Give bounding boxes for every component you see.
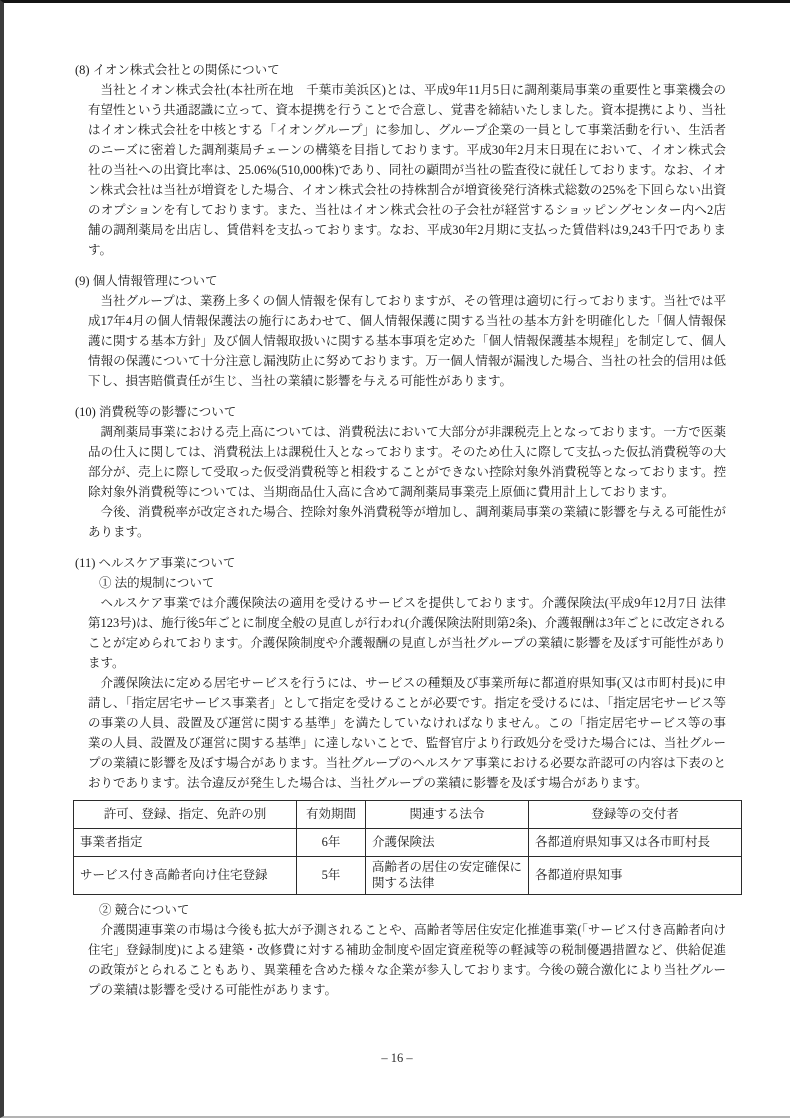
section-9: (9) 個人情報管理について 当社グループは、業務上多くの個人情報を保有しており… bbox=[75, 271, 726, 391]
table-cell-issuer: 各都道府県知事 bbox=[529, 857, 742, 895]
section-8-paragraph: 当社とイオン株式会社(本社所在地 千葉市美浜区)とは、平成9年11月5日に調剤薬… bbox=[88, 80, 726, 260]
section-8: (8) イオン株式会社との関係について 当社とイオン株式会社(本社所在地 千葉市… bbox=[75, 60, 726, 260]
subsection-competition: ② 競合について 介護関連事業の市場は今後も拡大が予測されることや、高齢者等居住… bbox=[75, 900, 726, 1000]
license-table-header-law: 関連する法令 bbox=[366, 801, 529, 829]
license-table-header-period: 有効期間 bbox=[297, 801, 366, 829]
section-10-paragraph-2: 今後、消費税率が改定された場合、控除対象外消費税等が増加し、調剤薬局事業の業績に… bbox=[88, 502, 726, 542]
subsection-1-heading: ① 法的規制について bbox=[99, 573, 726, 593]
license-table: 許可、登録、指定、免許の別 有効期間 関連する法令 登録等の交付者 事業者指定 … bbox=[73, 800, 742, 895]
section-10-paragraph-1: 調剤薬局事業における売上高については、消費税法において大部分が非課税売上となって… bbox=[88, 422, 726, 502]
subsection-2-heading: ② 競合について bbox=[99, 900, 726, 920]
table-row: サービス付き高齢者向け住宅登録 5年 高齢者の居住の安定確保に関する法律 各都道… bbox=[74, 857, 742, 895]
section-10: (10) 消費税等の影響について 調剤薬局事業における売上高については、消費税法… bbox=[75, 402, 726, 542]
table-cell-kind: サービス付き高齢者向け住宅登録 bbox=[74, 857, 297, 895]
subsection-2-paragraph: 介護関連事業の市場は今後も拡大が予測されることや、高齢者等居住安定化推進事業(「… bbox=[88, 920, 726, 1000]
section-11-heading: (11) ヘルスケア事業について bbox=[75, 553, 726, 573]
table-cell-period: 5年 bbox=[297, 857, 366, 895]
table-cell-period: 6年 bbox=[297, 829, 366, 857]
subsection-1-paragraph-1: ヘルスケア事業では介護保険法の適用を受けるサービスを提供しております。介護保険法… bbox=[88, 593, 726, 673]
table-row: 事業者指定 6年 介護保険法 各都道府県知事又は各市町村長 bbox=[74, 829, 742, 857]
table-cell-law: 高齢者の居住の安定確保に関する法律 bbox=[366, 857, 529, 895]
section-9-heading: (9) 個人情報管理について bbox=[75, 271, 726, 291]
license-table-header-row: 許可、登録、指定、免許の別 有効期間 関連する法令 登録等の交付者 bbox=[74, 801, 742, 829]
section-9-paragraph: 当社グループは、業務上多くの個人情報を保有しておりますが、その管理は適切に行って… bbox=[88, 291, 726, 391]
page-number: – 16 – bbox=[381, 1051, 412, 1065]
license-table-header-kind: 許可、登録、指定、免許の別 bbox=[74, 801, 297, 829]
table-cell-issuer: 各都道府県知事又は各市町村長 bbox=[529, 829, 742, 857]
section-10-heading: (10) 消費税等の影響について bbox=[75, 402, 726, 422]
section-11: (11) ヘルスケア事業について ① 法的規制について ヘルスケア事業では介護保… bbox=[75, 553, 726, 1000]
subsection-legal-regulation: ① 法的規制について ヘルスケア事業では介護保険法の適用を受けるサービスを提供し… bbox=[75, 573, 726, 895]
section-8-heading: (8) イオン株式会社との関係について bbox=[75, 60, 726, 80]
table-cell-law: 介護保険法 bbox=[366, 829, 529, 857]
document-page: (8) イオン株式会社との関係について 当社とイオン株式会社(本社所在地 千葉市… bbox=[0, 0, 790, 1118]
subsection-1-paragraph-2: 介護保険法に定める居宅サービスを行うには、サービスの種類及び事業所毎に都道府県知… bbox=[88, 673, 726, 793]
page-content: (8) イオン株式会社との関係について 当社とイオン株式会社(本社所在地 千葉市… bbox=[4, 3, 790, 1000]
table-cell-kind: 事業者指定 bbox=[74, 829, 297, 857]
license-table-header-issuer: 登録等の交付者 bbox=[529, 801, 742, 829]
page-footer: – 16 – bbox=[4, 1051, 790, 1066]
